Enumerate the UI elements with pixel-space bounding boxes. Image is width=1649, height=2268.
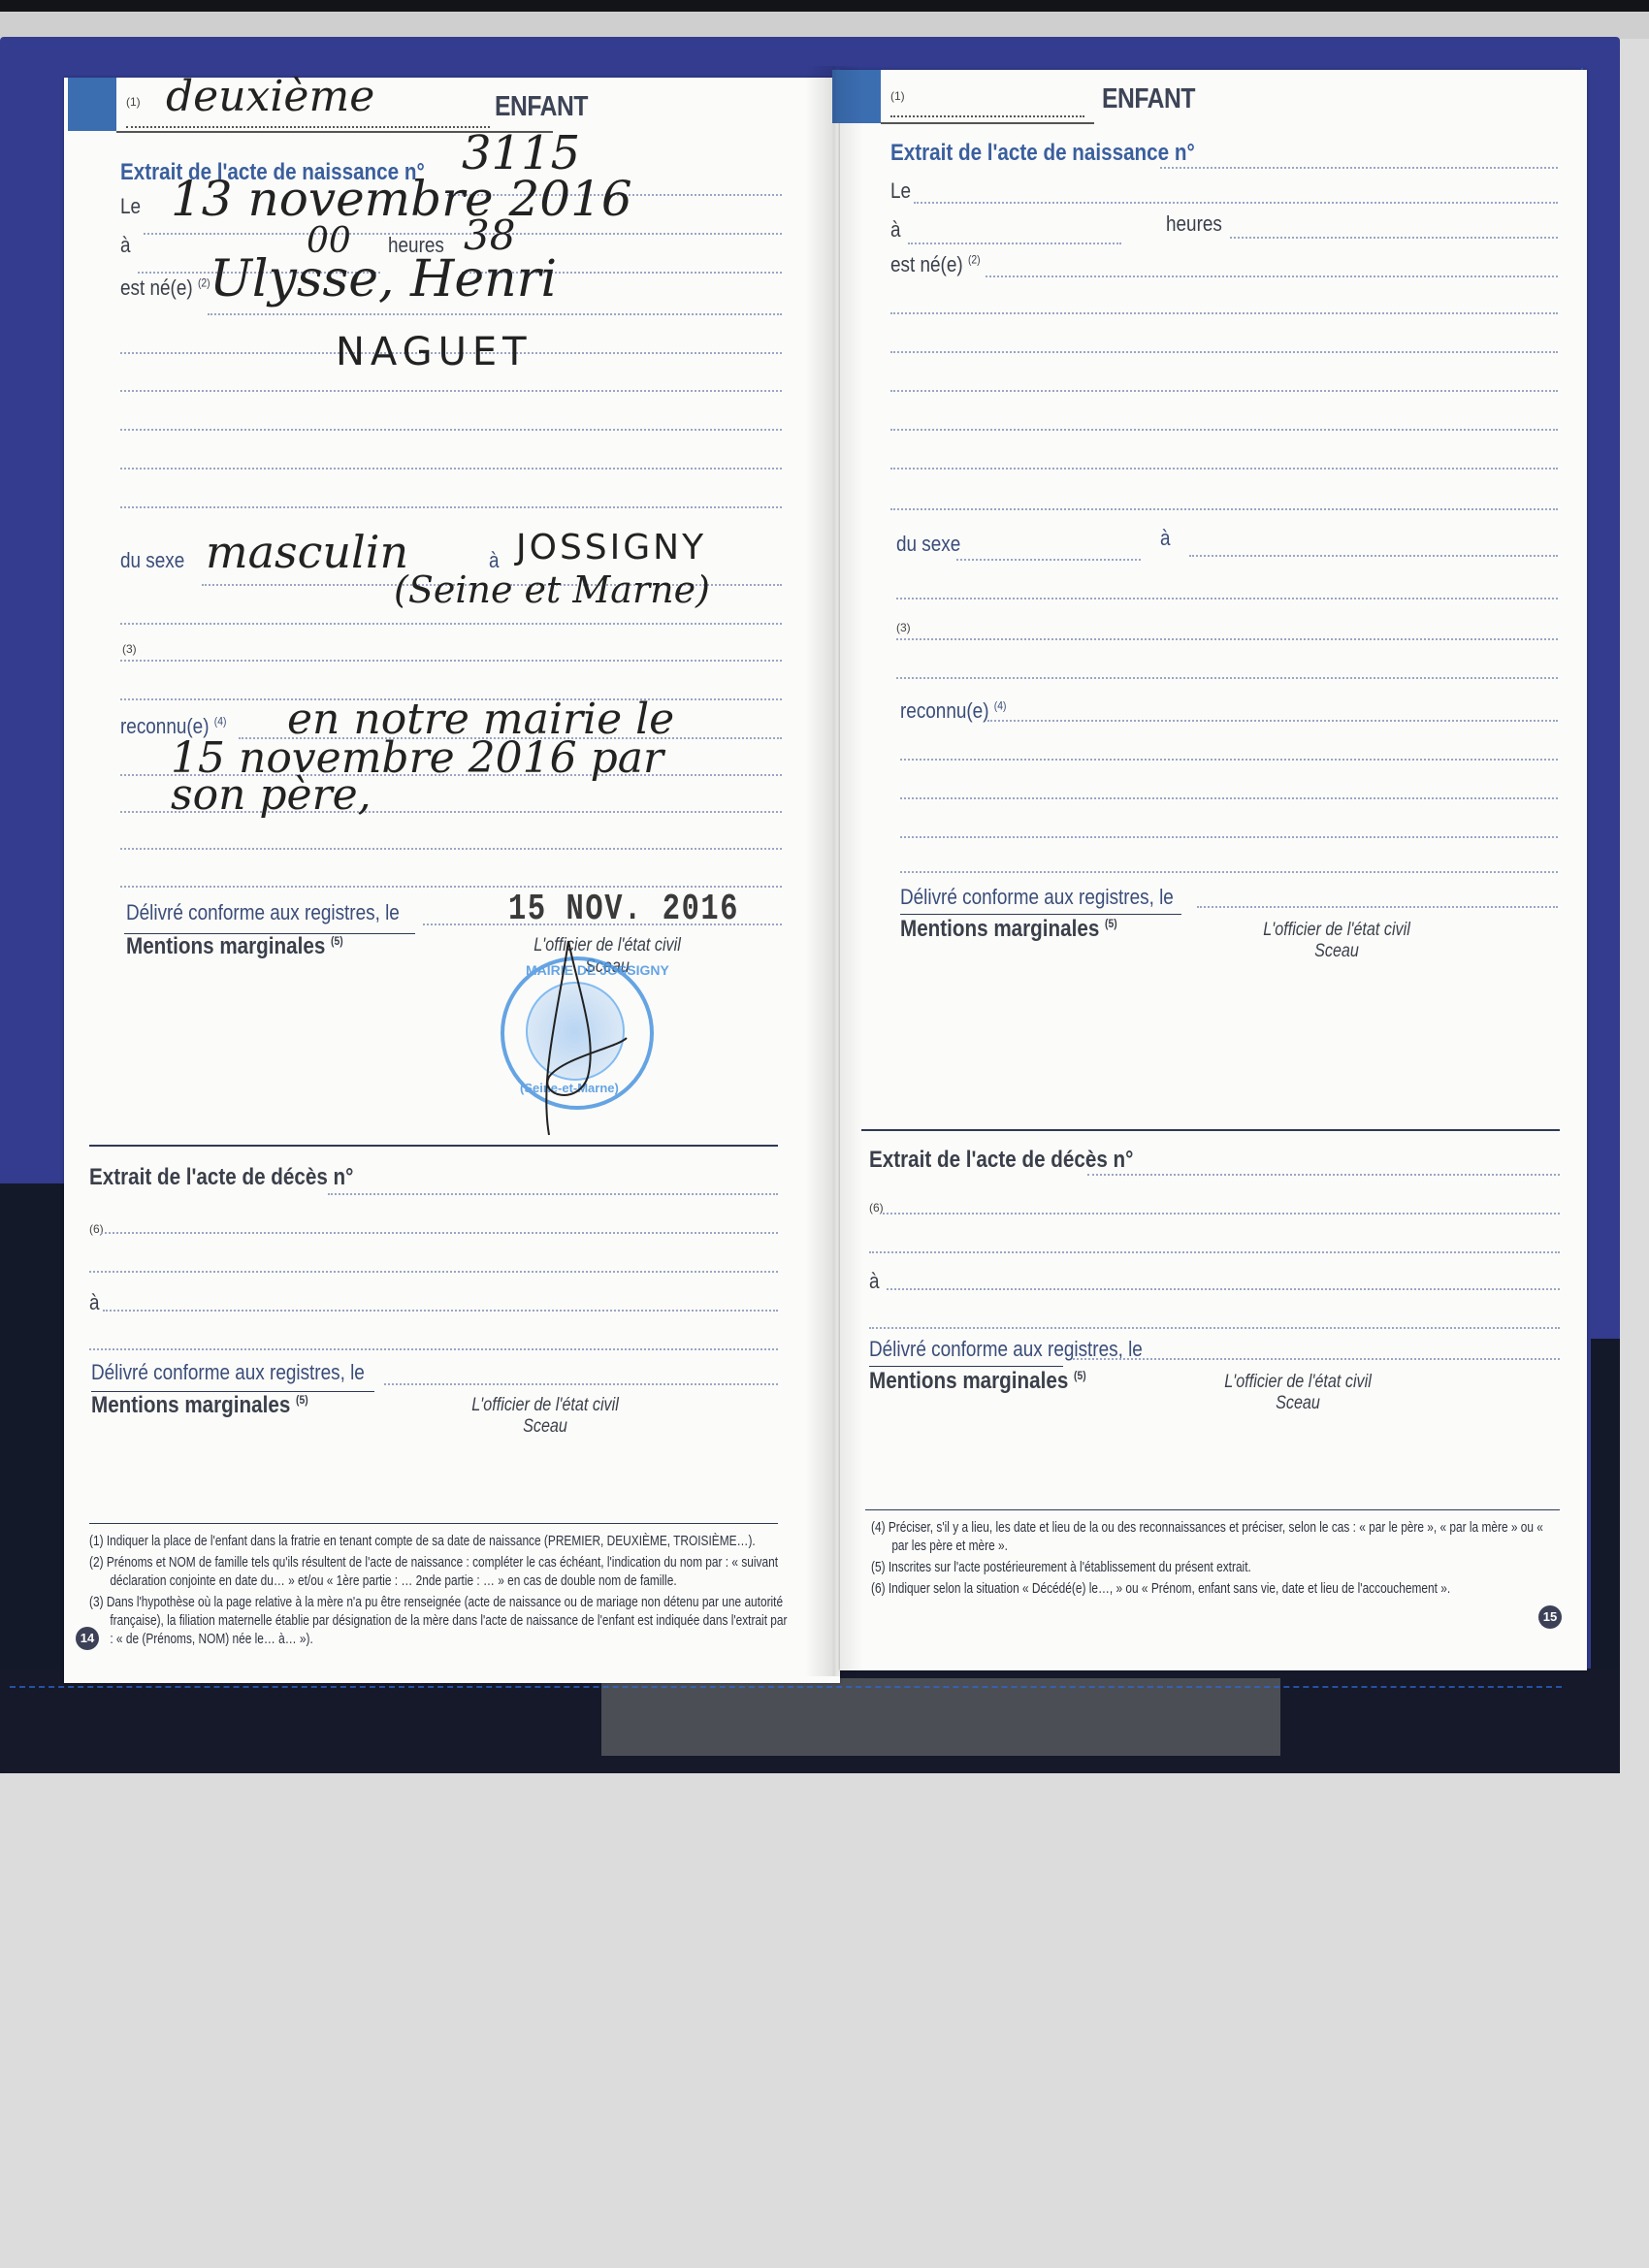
blank-line xyxy=(896,598,1558,599)
notes-divider xyxy=(865,1509,1560,1510)
child-rank-value: deuxième xyxy=(166,72,374,121)
blank-line xyxy=(869,1251,1560,1253)
born-label: est né(e) (2) xyxy=(120,275,210,301)
blank-line xyxy=(101,1232,778,1234)
death-place-line xyxy=(887,1288,1560,1290)
death-place-line xyxy=(103,1310,778,1312)
blank-line xyxy=(900,797,1558,799)
footnote-marker: (1) xyxy=(126,95,141,109)
death-delivery-label: Délivré conforme aux registres, le xyxy=(91,1360,365,1385)
cover-spine-bottom xyxy=(601,1678,1280,1756)
hour-line xyxy=(908,243,1121,244)
date-label: Le xyxy=(120,194,141,219)
rank-field-line xyxy=(126,125,490,128)
right-page: (1) ENFANT Extrait de l'acte de naissanc… xyxy=(840,70,1587,1670)
blank-line xyxy=(869,1327,1560,1329)
footnote-3-marker: (3) xyxy=(122,642,137,656)
date-line xyxy=(914,202,1558,204)
death-registrar-label: L'officier de l'état civil xyxy=(1199,1372,1397,1393)
footnote-1: (1) Indiquer la place de l'enfant dans l… xyxy=(89,1533,790,1551)
blank-line xyxy=(120,848,782,850)
left-page: (1) deuxième ENFANT Extrait de l'acte de… xyxy=(64,78,840,1683)
date-line xyxy=(144,233,782,235)
registrar-label: L'officier de l'état civil xyxy=(1238,920,1436,941)
delivery-label: Délivré conforme aux registres, le xyxy=(126,900,400,925)
blank-line xyxy=(883,1213,1560,1215)
section-title: ENFANT xyxy=(495,91,588,123)
blank-line xyxy=(120,506,782,508)
place-line xyxy=(1189,555,1558,557)
blank-line xyxy=(890,468,1558,470)
delivery-date-line xyxy=(1197,906,1558,908)
page-number-15: 15 xyxy=(1538,1605,1562,1629)
blank-line xyxy=(89,1271,778,1273)
place-at-label: à xyxy=(1160,526,1171,551)
blank-line xyxy=(120,429,782,431)
death-place-label: à xyxy=(89,1290,100,1315)
birth-act-heading: Extrait de l'acte de naissance n° xyxy=(890,140,1195,167)
blank-line xyxy=(890,508,1558,510)
birth-place-value: JOSSIGNY xyxy=(516,528,706,567)
birth-place-region: (Seine et Marne) xyxy=(394,568,710,611)
delivery-underline xyxy=(900,914,1181,915)
section-tab xyxy=(832,70,881,123)
footnote-6: (6) Indiquer selon la situation « Décédé… xyxy=(871,1580,1555,1599)
death-marginal-notes-label: Mentions marginales (5) xyxy=(91,1392,308,1419)
first-names-value: Ulysse, Henri xyxy=(210,250,557,308)
time-at-label: à xyxy=(120,233,131,258)
blank-line xyxy=(890,312,1558,314)
death-act-heading: Extrait de l'acte de décès n° xyxy=(89,1164,353,1191)
blank-line xyxy=(89,1348,778,1350)
recognition-text-line3: son père, xyxy=(171,770,372,820)
blank-line xyxy=(120,886,782,888)
marginal-notes-label: Mentions marginales (5) xyxy=(900,916,1117,943)
header-underline xyxy=(881,122,1094,124)
blank-line xyxy=(890,429,1558,431)
death-registrar-label: L'officier de l'état civil xyxy=(446,1395,644,1416)
footnote-3-marker: (3) xyxy=(896,621,911,634)
section-divider xyxy=(89,1145,778,1147)
blank-line xyxy=(120,468,782,470)
footnotes-right: (4) Préciser, s'il y a lieu, les date et… xyxy=(871,1519,1555,1602)
footnote-6-marker: (6) xyxy=(869,1201,884,1215)
surname-value: NAGUET xyxy=(336,330,533,374)
death-marginal-notes-label: Mentions marginales (5) xyxy=(869,1368,1086,1395)
date-label: Le xyxy=(890,178,911,204)
act-number-line xyxy=(1160,167,1558,169)
footnotes-left: (1) Indiquer la place de l'enfant dans l… xyxy=(89,1533,790,1652)
blank-line xyxy=(900,871,1558,873)
death-number-line xyxy=(328,1193,778,1195)
registrar-signature xyxy=(520,931,636,1154)
minutes-line xyxy=(1230,237,1558,239)
sex-label: du sexe xyxy=(896,532,960,557)
footnote-4: (4) Préciser, s'il y a lieu, les date et… xyxy=(871,1519,1555,1556)
born-label: est né(e) (2) xyxy=(890,252,981,277)
blank-line xyxy=(890,351,1558,353)
birth-date-value: 13 novembre 2016 xyxy=(171,171,632,227)
delivery-date-stamp: 15 NOV. 2016 xyxy=(508,889,739,930)
blank-line xyxy=(896,638,1558,640)
first-names-line xyxy=(986,275,1558,277)
time-at-label: à xyxy=(890,217,901,243)
blank-line xyxy=(900,836,1558,838)
death-delivery-date-line xyxy=(1073,1358,1560,1360)
blank-line xyxy=(120,623,782,625)
section-divider xyxy=(861,1129,1560,1131)
blank-line xyxy=(890,390,1558,392)
delivery-label: Délivré conforme aux registres, le xyxy=(900,885,1174,910)
page-number-14: 14 xyxy=(76,1627,99,1650)
sex-line xyxy=(956,559,1141,561)
section-tab xyxy=(68,78,116,131)
footnote-3: (3) Dans l'hypothèse où la page relative… xyxy=(89,1594,790,1649)
first-names-line xyxy=(208,313,782,315)
scanner-strip xyxy=(0,12,1649,39)
marginal-notes-label: Mentions marginales (5) xyxy=(126,933,343,960)
death-seal-label: Sceau xyxy=(446,1416,644,1438)
sex-value: masculin xyxy=(206,526,408,578)
recognized-line xyxy=(987,720,1558,722)
rank-field-line xyxy=(890,114,1084,117)
death-delivery-underline xyxy=(869,1366,1063,1367)
blank-line xyxy=(900,759,1558,761)
sex-label: du sexe xyxy=(120,548,184,573)
death-number-line xyxy=(1087,1174,1560,1176)
cover-stitching-bottom xyxy=(10,1686,1562,1688)
death-seal-label: Sceau xyxy=(1199,1393,1397,1414)
blank-line xyxy=(896,677,1558,679)
blank-line xyxy=(120,390,782,392)
death-act-heading: Extrait de l'acte de décès n° xyxy=(869,1147,1133,1174)
footnote-2: (2) Prénoms et NOM de famille tels qu'il… xyxy=(89,1554,790,1591)
section-title: ENFANT xyxy=(1102,83,1195,115)
notes-divider xyxy=(89,1523,778,1524)
footnote-marker: (1) xyxy=(890,89,905,103)
death-place-label: à xyxy=(869,1269,880,1294)
death-delivery-date-line xyxy=(384,1383,778,1385)
blank-line xyxy=(120,660,782,662)
hours-label: heures xyxy=(1166,211,1222,237)
seal-label: Sceau xyxy=(1238,941,1436,962)
footnote-5: (5) Inscrites sur l'acte postérieurement… xyxy=(871,1559,1555,1577)
